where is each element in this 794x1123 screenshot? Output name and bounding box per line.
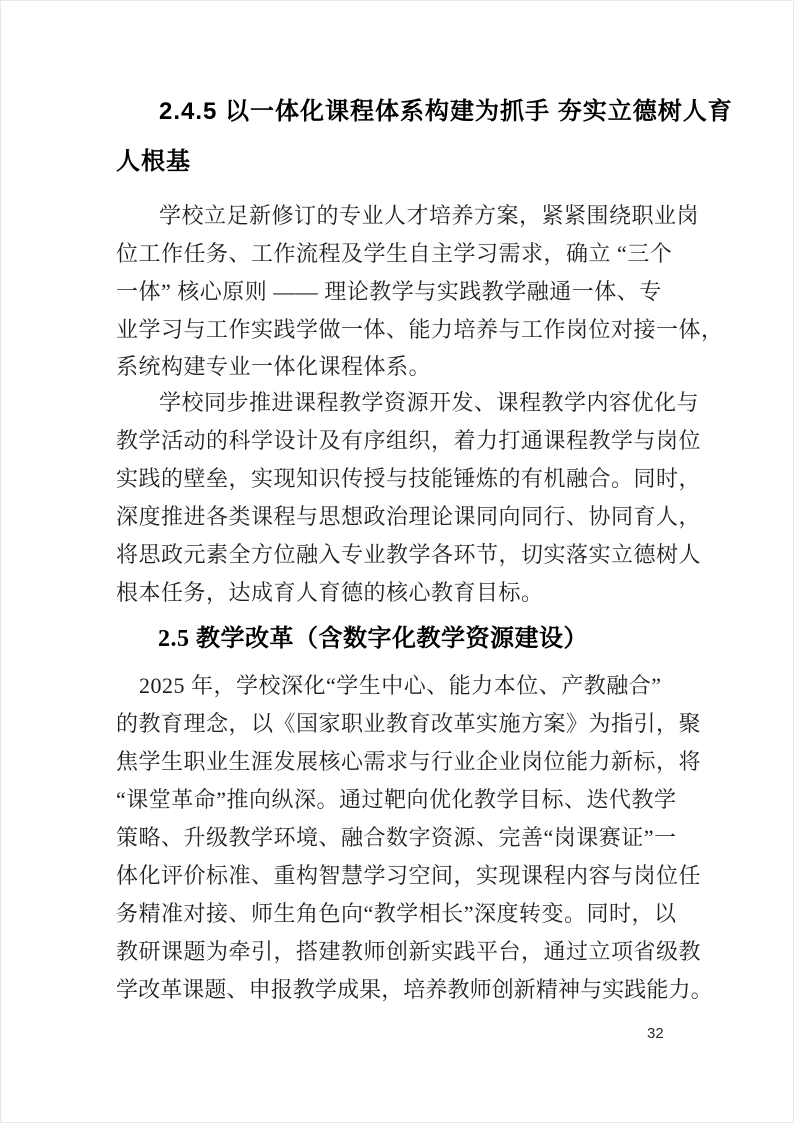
paragraph-2-line: 根本任务，达成育人育德的核心教育目标。 xyxy=(116,579,544,607)
paragraph-2-line: 教学活动的科学设计及有序组织，着力打通课程教学与岗位 xyxy=(116,427,701,455)
paragraph-3-line: 2025 年，学校深化“学生中心、能力本位、产教融合” xyxy=(139,672,662,700)
paragraph-1-line: 一体” 核心原则 —— 理论教学与实践教学融通一体、专 xyxy=(116,278,662,306)
paragraph-2-line: 将思政元素全方位融入专业教学各环节，切实落实立德树人 xyxy=(116,541,701,569)
paragraph-1-line: 位工作任务、工作流程及学生自主学习需求，确立 “三个 xyxy=(116,240,672,268)
paragraph-3-line: 焦学生职业生涯发展核心需求与行业企业岗位能力新标，将 xyxy=(116,748,701,776)
document-page: 2.4.5 以一体化课程体系构建为抓手 夯实立德树人育 人根基 学校立足新修订的… xyxy=(0,0,794,1123)
paragraph-2-line: 实践的壁垒，实现知识传授与技能锤炼的有机融合。同时， xyxy=(116,465,701,493)
heading-245-line2: 人根基 xyxy=(116,147,191,177)
paragraph-3-line: 的教育理念，以《国家职业教育改革实施方案》为指引，聚 xyxy=(116,710,701,738)
paragraph-3-line: “课堂革命”推向纵深。通过靶向优化教学目标、迭代教学 xyxy=(116,786,677,814)
paragraph-2-line: 深度推进各类课程与思想政治理论课同向同行、协同育人， xyxy=(116,503,701,531)
paragraph-3-line: 务精准对接、师生角色向“教学相长”深度转变。同时，以 xyxy=(116,900,677,928)
paragraph-2-line: 学校同步推进课程教学资源开发、课程教学内容优化与 xyxy=(159,389,699,417)
page-number: 32 xyxy=(647,1025,664,1043)
paragraph-3-line: 教研课题为牵引，搭建教师创新实践平台，通过立项省级教 xyxy=(116,938,701,966)
paragraph-1-line: 业学习与工作实践学做一体、能力培养与工作岗位对接一体， xyxy=(116,316,724,344)
paragraph-3-line: 学改革课题、申报教学成果，培养教师创新精神与实践能力。 xyxy=(116,976,713,1004)
paragraph-3-line: 体化评价标准、重构智慧学习空间，实现课程内容与岗位任 xyxy=(116,862,701,890)
paragraph-3-line: 策略、升级教学环境、融合数字资源、完善“岗课赛证”一 xyxy=(116,824,677,852)
heading-245-line1: 2.4.5 以一体化课程体系构建为抓手 夯实立德树人育 xyxy=(159,97,733,127)
paragraph-1-line: 系统构建专业一体化课程体系。 xyxy=(116,353,431,381)
heading-25: 2.5 教学改革（含数字化教学资源建设） xyxy=(158,624,588,654)
paragraph-1-line: 学校立足新修订的专业人才培养方案，紧紧围绕职业岗 xyxy=(159,202,699,230)
